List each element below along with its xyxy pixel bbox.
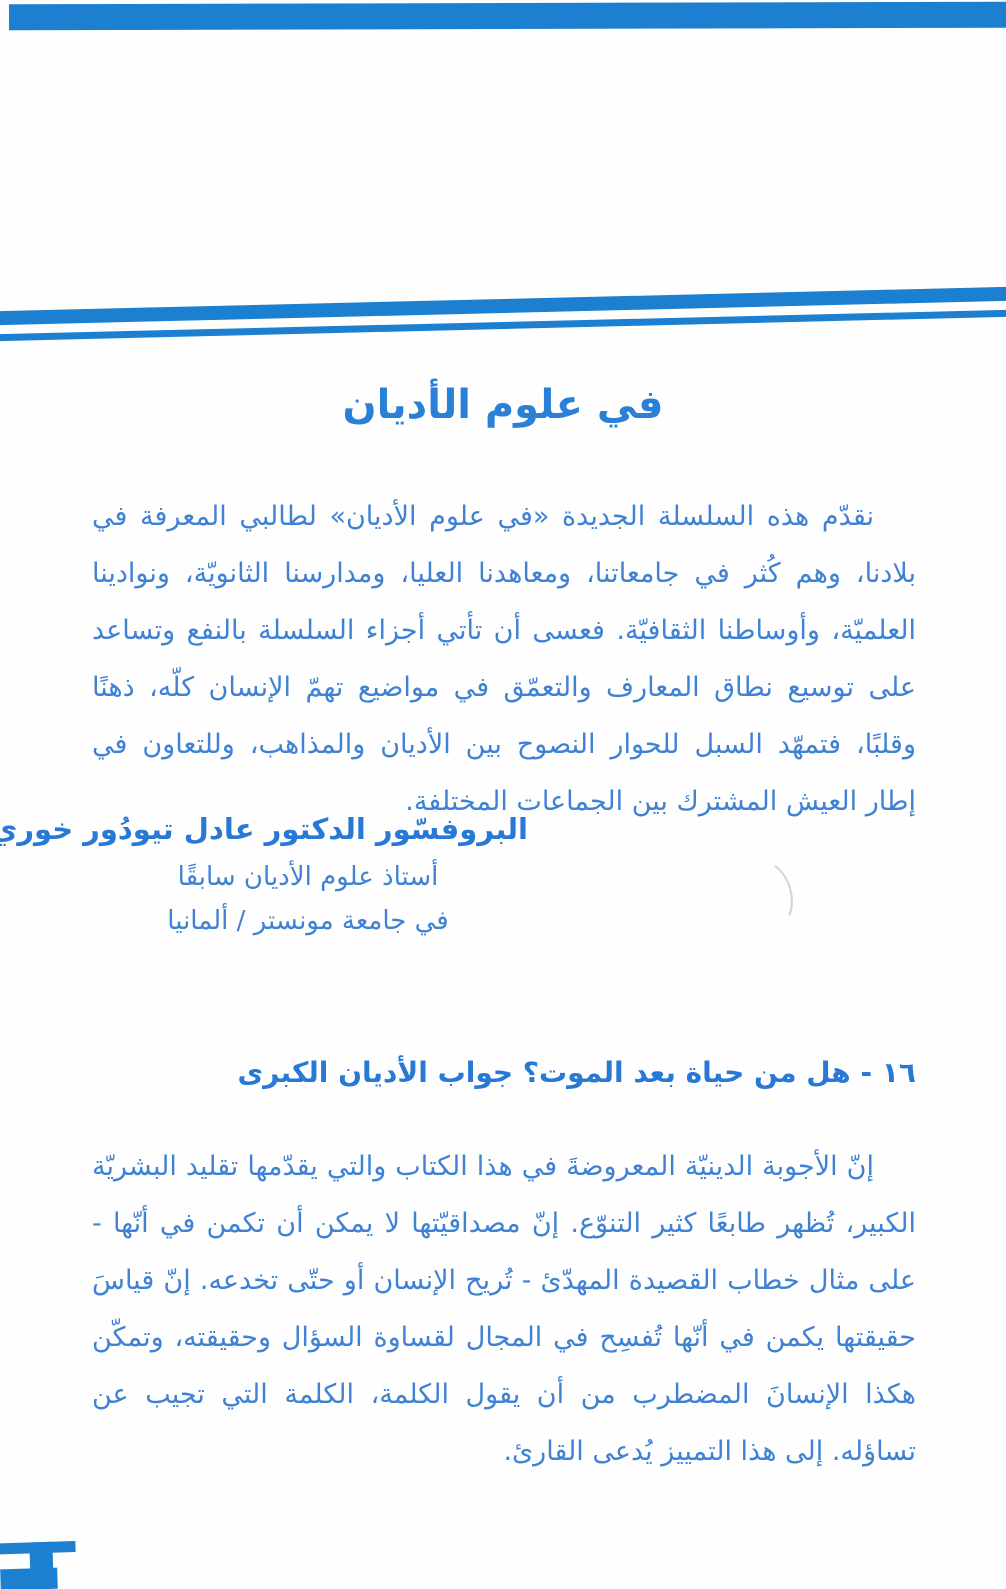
top-accent-bar — [9, 2, 1006, 31]
bottom-left-corner-marks — [0, 1537, 91, 1589]
scanned-book-page: في علوم الأديان نقدّم هذه السلسلة الجديد… — [0, 0, 1006, 1589]
author-block: البروفسّور الدكتور عادل تيودُور خوري أست… — [88, 812, 528, 936]
series-title: في علوم الأديان — [0, 382, 1006, 428]
section-heading: ١٦ - هل من حياة بعد الموت؟ جواب الأديان … — [90, 1056, 916, 1089]
double-rule-divider — [0, 287, 1006, 342]
author-role: أستاذ علوم الأديان سابقًا — [88, 862, 528, 892]
series-intro-paragraph: نقدّم هذه السلسلة الجديدة «في علوم الأدي… — [92, 488, 916, 830]
section-body-paragraph: إنّ الأجوبة الدينيّة المعروضةَ في هذا ال… — [92, 1138, 916, 1480]
author-name: البروفسّور الدكتور عادل تيودُور خوري — [88, 812, 528, 846]
corner-rule-block — [0, 1568, 58, 1589]
author-affiliation: في جامعة مونستر / ألمانيا — [88, 906, 528, 936]
scan-artifact-mark — [733, 854, 800, 935]
